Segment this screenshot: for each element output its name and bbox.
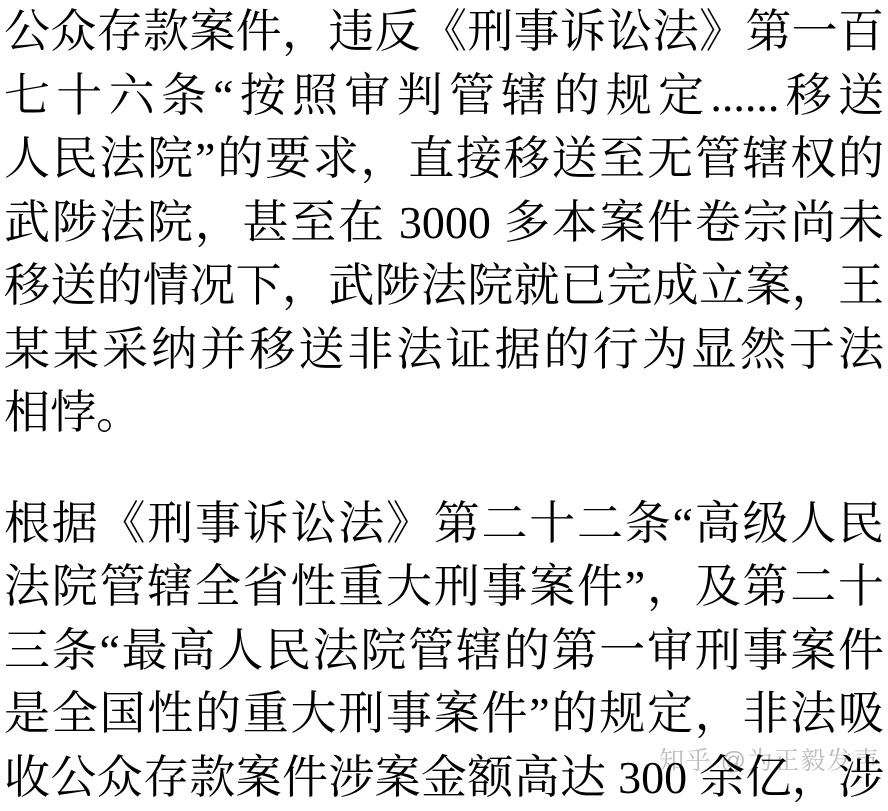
text-line: 法院管辖全省性重大刑事案件”，及第二十 — [4, 555, 884, 619]
text-line: 公众存款案件，违反《刑事诉讼法》第一百 — [4, 0, 884, 64]
text-line: 人民法院”的要求，直接移送至无管辖权的 — [4, 127, 884, 191]
text-line: 某某采纳并移送非法证据的行为显然于法 — [4, 318, 884, 382]
text-line: 是全国性的重大刑事案件”的规定，非法吸 — [4, 682, 884, 746]
text-line: 武陟法院，甚至在 3000 多本案件卷宗尚未 — [4, 191, 884, 255]
paragraph: 公众存款案件，违反《刑事诉讼法》第一百七十六条“按照审判管辖的规定......移… — [4, 0, 884, 445]
text-line: 根据《刑事诉讼法》第二十二条“高级人民 — [4, 492, 884, 556]
text-line: 移送的情况下，武陟法院就已完成立案，王 — [4, 254, 884, 318]
document-body: 公众存款案件，违反《刑事诉讼法》第一百七十六条“按照审判管辖的规定......移… — [0, 0, 888, 809]
text-line: 七十六条“按照审判管辖的规定......移送 — [4, 64, 884, 128]
text-line: 三条“最高人民法院管辖的第一审刑事案件 — [4, 619, 884, 683]
paragraph: 根据《刑事诉讼法》第二十二条“高级人民法院管辖全省性重大刑事案件”，及第二十三条… — [4, 492, 884, 810]
text-line: 收公众存款案件涉案金额高达 300 余亿，涉 — [4, 746, 884, 810]
text-line: 相悖。 — [4, 381, 884, 445]
